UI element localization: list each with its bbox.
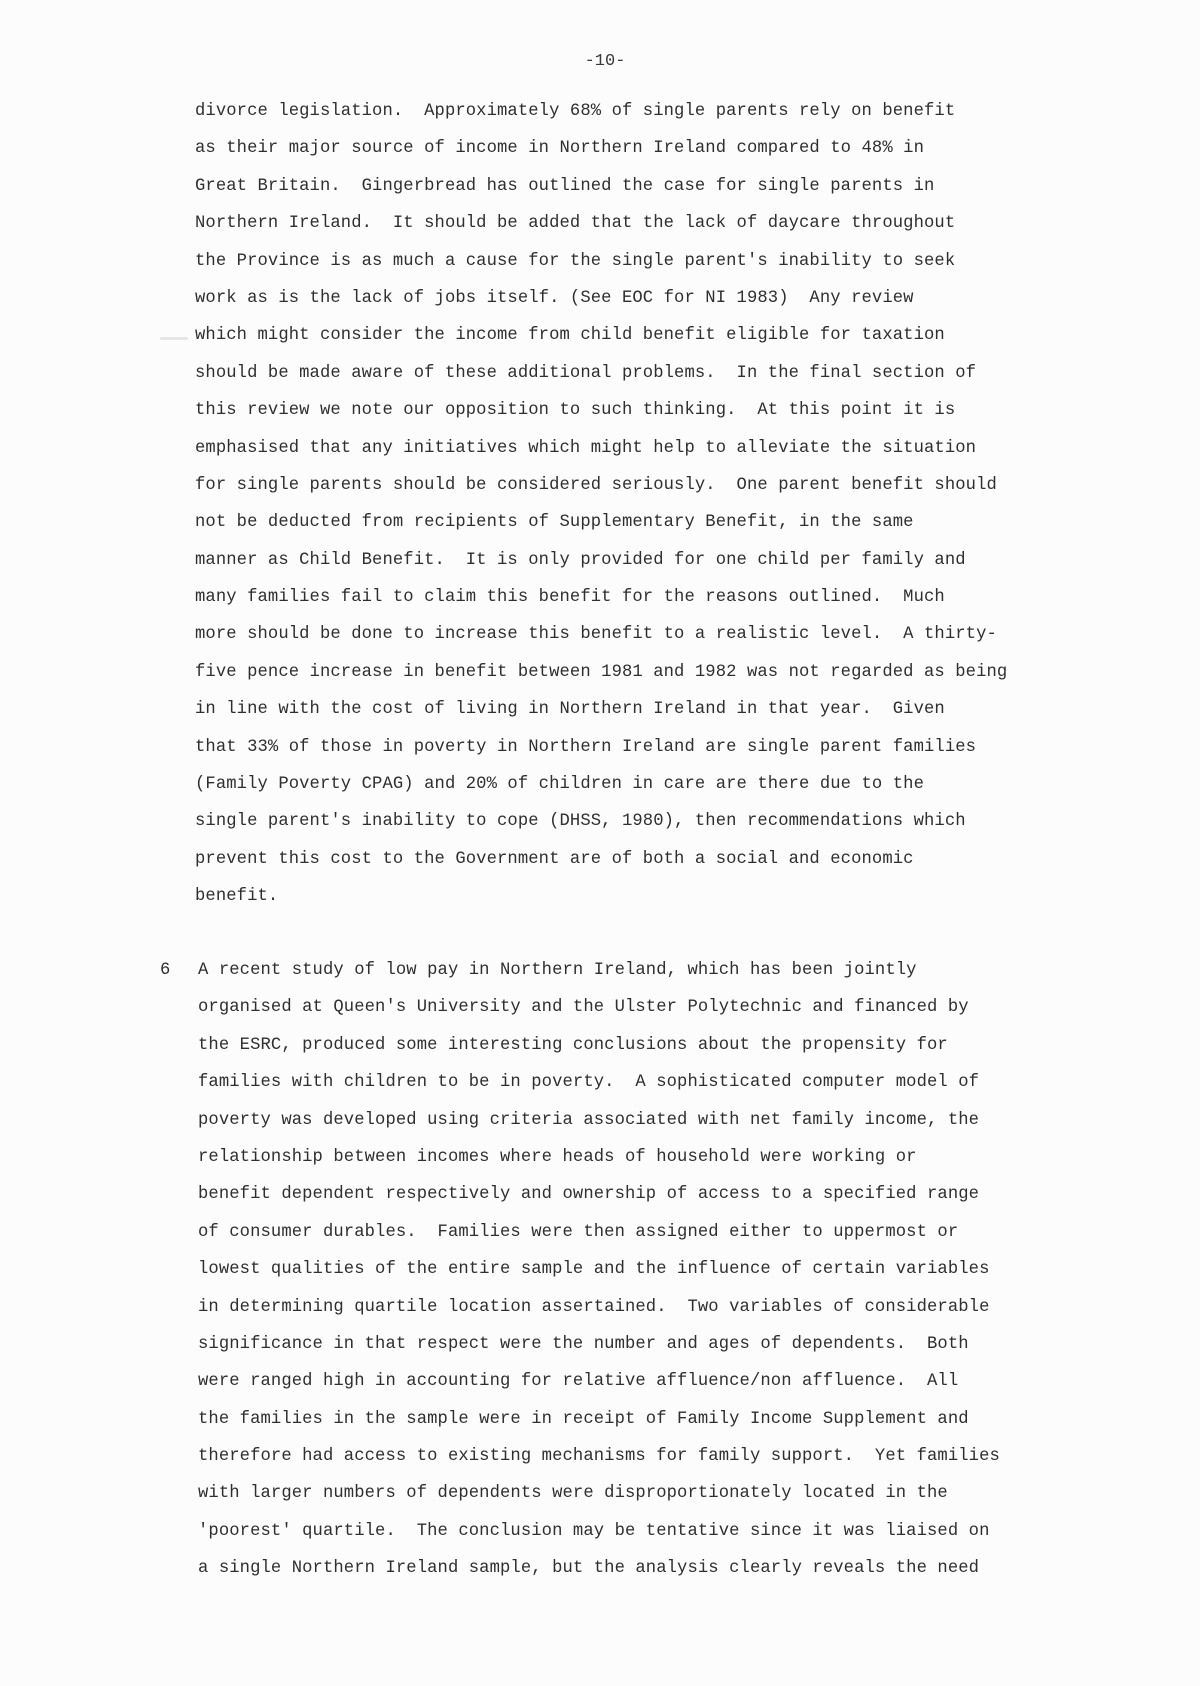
text-line: benefit dependent respectively and owner… xyxy=(198,1176,1000,1213)
text-line: that 33% of those in poverty in Northern… xyxy=(195,729,1007,766)
text-line: Northern Ireland. It should be added tha… xyxy=(195,205,1007,242)
text-line: a single Northern Ireland sample, but th… xyxy=(198,1550,1000,1587)
text-line: emphasised that any initiatives which mi… xyxy=(195,430,1007,467)
margin-mark xyxy=(160,337,188,340)
document-page: -10- divorce legislation. Approximately … xyxy=(0,0,1200,1686)
text-line: benefit. xyxy=(195,878,1007,915)
text-line: lowest qualities of the entire sample an… xyxy=(198,1251,1000,1288)
text-line: the families in the sample were in recei… xyxy=(198,1401,1000,1438)
page-number: -10- xyxy=(0,52,1200,71)
text-line: therefore had access to existing mechani… xyxy=(198,1438,1000,1475)
paragraph-continuation: divorce legislation. Approximately 68% o… xyxy=(195,93,1007,916)
text-line: were ranged high in accounting for relat… xyxy=(198,1363,1000,1400)
text-line: in line with the cost of living in North… xyxy=(195,691,1007,728)
paragraph-6: A recent study of low pay in Northern Ir… xyxy=(198,952,1000,1588)
text-line: A recent study of low pay in Northern Ir… xyxy=(198,952,1000,989)
text-line: significance in that respect were the nu… xyxy=(198,1326,1000,1363)
text-line: in determining quartile location asserta… xyxy=(198,1289,1000,1326)
text-line: with larger numbers of dependents were d… xyxy=(198,1475,1000,1512)
text-line: prevent this cost to the Government are … xyxy=(195,841,1007,878)
text-line: should be made aware of these additional… xyxy=(195,355,1007,392)
text-line: the Province is as much a cause for the … xyxy=(195,243,1007,280)
text-line: 'poorest' quartile. The conclusion may b… xyxy=(198,1513,1000,1550)
text-line: this review we note our opposition to su… xyxy=(195,392,1007,429)
text-line: organised at Queen's University and the … xyxy=(198,989,1000,1026)
text-line: divorce legislation. Approximately 68% o… xyxy=(195,93,1007,130)
text-line: which might consider the income from chi… xyxy=(195,317,1007,354)
text-line: families with children to be in poverty.… xyxy=(198,1064,1000,1101)
text-line: the ESRC, produced some interesting conc… xyxy=(198,1027,1000,1064)
text-line: work as is the lack of jobs itself. (See… xyxy=(195,280,1007,317)
text-line: single parent's inability to cope (DHSS,… xyxy=(195,803,1007,840)
paragraph-number: 6 xyxy=(160,952,170,989)
text-line: of consumer durables. Families were then… xyxy=(198,1214,1000,1251)
text-line: manner as Child Benefit. It is only prov… xyxy=(195,542,1007,579)
text-line: relationship between incomes where heads… xyxy=(198,1139,1000,1176)
text-line: (Family Poverty CPAG) and 20% of childre… xyxy=(195,766,1007,803)
text-line: for single parents should be considered … xyxy=(195,467,1007,504)
text-line: many families fail to claim this benefit… xyxy=(195,579,1007,616)
text-line: as their major source of income in North… xyxy=(195,130,1007,167)
text-line: more should be done to increase this ben… xyxy=(195,616,1007,653)
text-line: five pence increase in benefit between 1… xyxy=(195,654,1007,691)
text-line: not be deducted from recipients of Suppl… xyxy=(195,504,1007,541)
text-line: Great Britain. Gingerbread has outlined … xyxy=(195,168,1007,205)
text-line: poverty was developed using criteria ass… xyxy=(198,1102,1000,1139)
